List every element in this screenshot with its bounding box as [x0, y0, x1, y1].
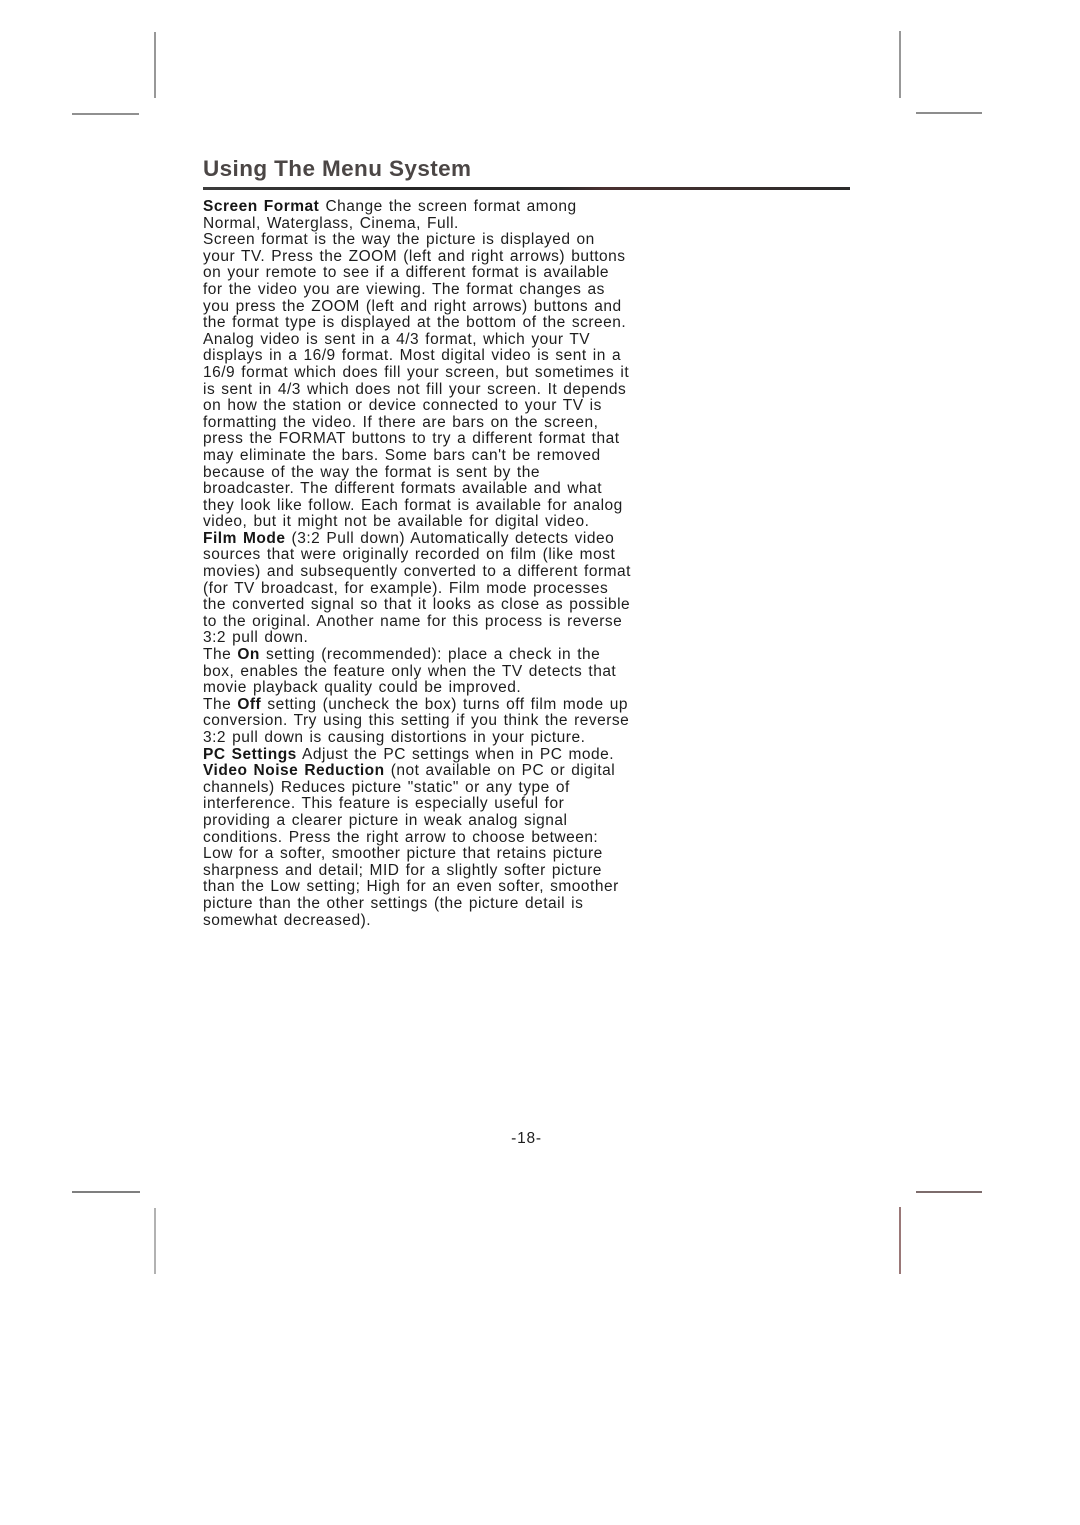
paragraph: The On setting (recommended): place a ch…	[203, 647, 631, 697]
text-segment: The	[203, 696, 237, 713]
page-number: -18-	[203, 1130, 850, 1148]
text-segment: Adjust the PC settings when in PC mode.	[297, 746, 614, 763]
bold-term: Screen Format	[203, 198, 319, 215]
crop-mark-bottom-right-horizontal	[916, 1191, 982, 1193]
text-segment: Analog video is sent in a 4/3 format, wh…	[203, 331, 629, 531]
bold-term: Off	[237, 696, 261, 713]
page-title: Using The Menu System	[203, 156, 471, 182]
crop-mark-bottom-right-vertical	[899, 1207, 901, 1274]
crop-mark-top-right-vertical	[899, 31, 901, 98]
crop-mark-bottom-left-vertical	[154, 1208, 156, 1274]
bold-term: On	[237, 646, 260, 663]
paragraph: PC Settings Adjust the PC settings when …	[203, 747, 631, 764]
body-text: Screen Format Change the screen format a…	[203, 199, 631, 929]
text-segment: setting (uncheck the box) turns off film…	[203, 696, 629, 746]
paragraph: Film Mode (3:2 Pull down) Automatically …	[203, 531, 631, 647]
crop-mark-top-right-horizontal	[916, 112, 982, 114]
text-segment: Screen format is the way the picture is …	[203, 231, 626, 331]
paragraph: The Off setting (uncheck the box) turns …	[203, 697, 631, 747]
paragraph: Video Noise Reduction (not available on …	[203, 763, 631, 929]
bold-term: Video Noise Reduction	[203, 762, 385, 779]
text-segment: setting (recommended): place a check in …	[203, 646, 616, 696]
text-segment: The	[203, 646, 237, 663]
paragraph: Screen format is the way the picture is …	[203, 232, 631, 332]
crop-mark-bottom-left-horizontal	[72, 1191, 140, 1193]
paragraph: Screen Format Change the screen format a…	[203, 199, 631, 232]
text-segment: (3:2 Pull down) Automatically detects vi…	[203, 530, 631, 647]
bold-term: Film Mode	[203, 530, 285, 547]
crop-mark-top-left-horizontal	[72, 113, 139, 115]
crop-mark-top-left-vertical	[154, 32, 156, 98]
bold-term: PC Settings	[203, 746, 297, 763]
header-rule	[203, 187, 850, 190]
text-segment: (not available on PC or digital channels…	[203, 762, 619, 928]
paragraph: Analog video is sent in a 4/3 format, wh…	[203, 332, 631, 531]
manual-page: Using The Menu System Screen Format Chan…	[0, 0, 1080, 1525]
